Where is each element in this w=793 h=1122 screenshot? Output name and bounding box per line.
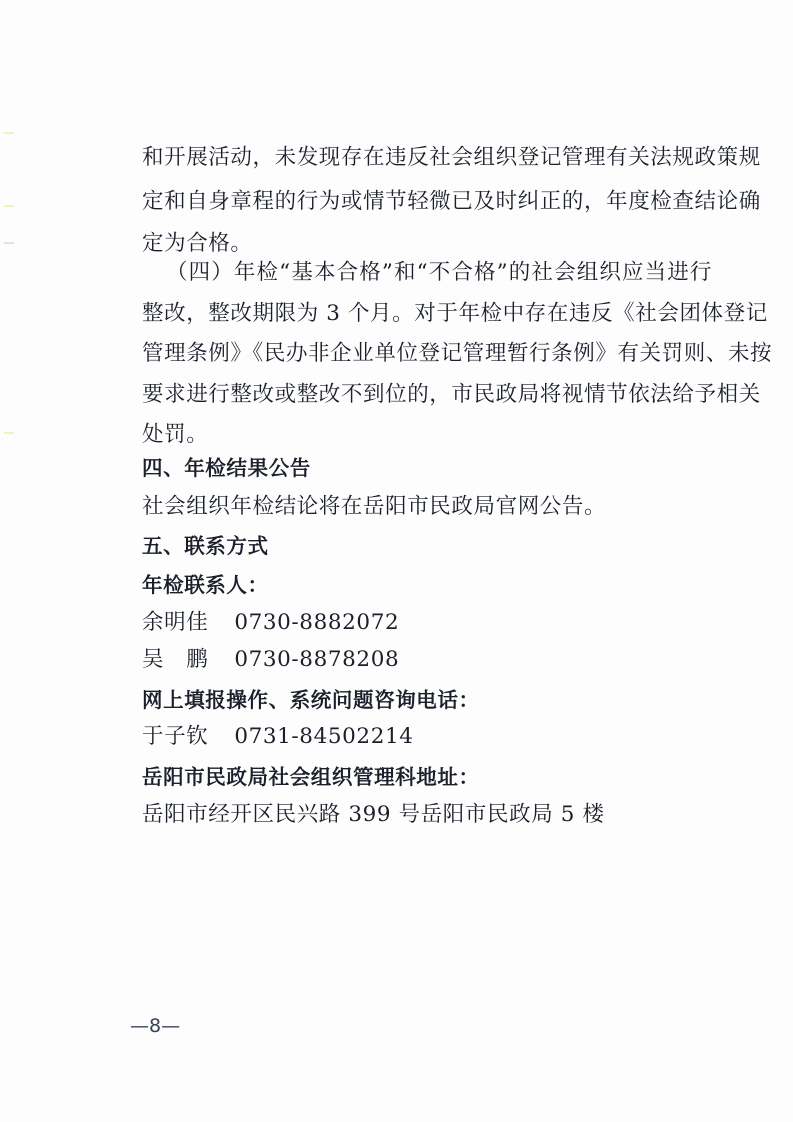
paragraph-line: 定为合格。	[142, 229, 253, 259]
paragraph-line: 和开展活动，未发现存在违反社会组织登记管理有关法规政策规	[142, 143, 712, 173]
paragraph-line: 要求进行整改或整改不到位的，市民政局将视情节依法给予相关	[142, 380, 712, 410]
contact-name: 余明佳	[142, 610, 208, 635]
contact-row: 于子钦0731-84502214	[142, 722, 414, 752]
section-heading-contact: 五、联系方式	[142, 531, 269, 561]
contact-row: 余明佳0730-8882072	[142, 608, 399, 638]
scan-margin-mark	[4, 205, 14, 207]
paragraph-line: （四）年检“基本合格”和“不合格”的社会组织应当进行	[166, 258, 712, 288]
paragraph-line: 处罚。	[142, 420, 208, 450]
contact-phone: 0730-8878208	[234, 647, 399, 672]
contact-name: 吴 鹏	[142, 647, 208, 672]
online-help-label: 网上填报操作、系统问题咨询电话：	[142, 685, 480, 715]
address-label: 岳阳市民政局社会组织管理科地址：	[142, 762, 480, 792]
contact-name: 于子钦	[142, 724, 208, 749]
section-body-announcement: 社会组织年检结论将在岳阳市民政局官网公告。	[142, 492, 606, 522]
page-number: —8—	[130, 1015, 180, 1037]
paragraph-line: 管理条例》《民办非企业单位登记管理暂行条例》有关罚则、未按	[142, 339, 712, 369]
contact-phone: 0730-8882072	[234, 610, 399, 635]
scan-margin-mark	[4, 242, 14, 244]
address: 岳阳市经开区民兴路 399 号岳阳市民政局 5 楼	[142, 800, 605, 830]
contact-row: 吴 鹏0730-8878208	[142, 645, 399, 675]
section-heading-announcement: 四、年检结果公告	[142, 453, 311, 483]
paragraph-line: 定和自身章程的行为或情节轻微已及时纠正的，年度检查结论确	[142, 187, 712, 217]
contact-phone: 0731-84502214	[234, 724, 413, 749]
paragraph-line: 整改，整改期限为 3 个月。对于年检中存在违反《社会团体登记	[142, 299, 712, 329]
scan-margin-mark	[4, 432, 14, 434]
annual-contacts-label: 年检联系人：	[142, 570, 269, 600]
document-page: 和开展活动，未发现存在违反社会组织登记管理有关法规政策规 定和自身章程的行为或情…	[0, 0, 793, 1122]
scan-margin-mark	[4, 132, 14, 134]
